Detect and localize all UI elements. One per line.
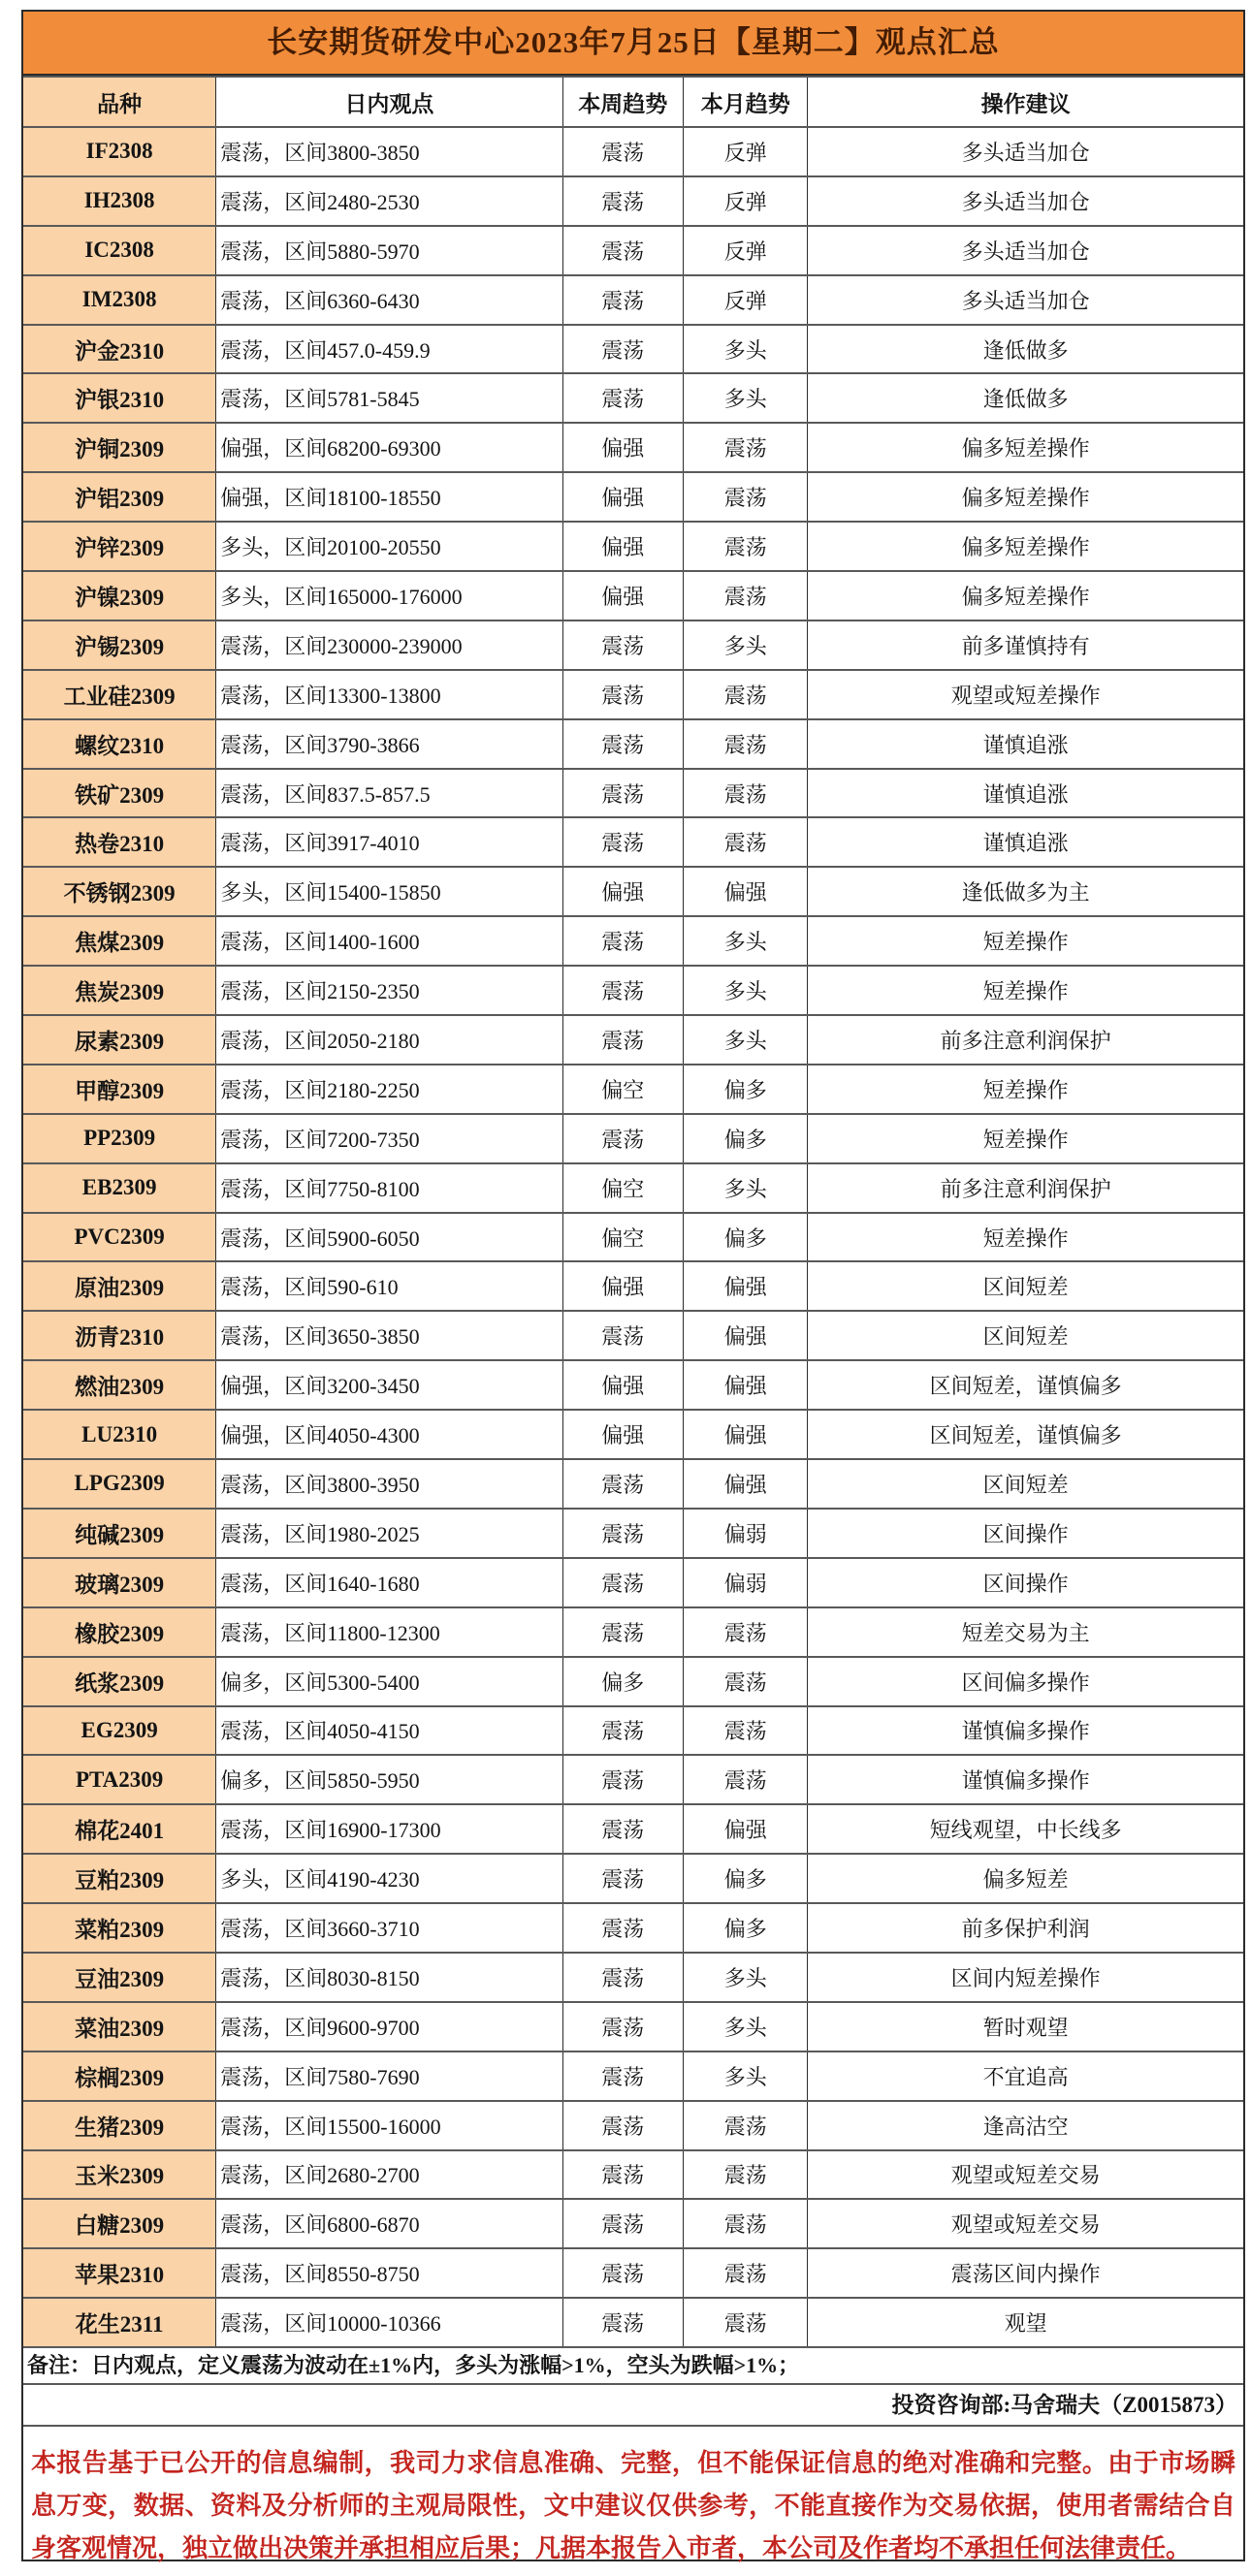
month-trend-cell: 震荡	[684, 1607, 808, 1657]
advice-cell: 谨慎追涨	[808, 719, 1243, 769]
week-trend-cell: 震荡	[562, 1804, 684, 1854]
intraday-view-cell: 震荡，区间4050-4150	[216, 1706, 562, 1756]
month-trend-cell: 震荡	[684, 2248, 808, 2298]
variety-cell: 尿素2309	[23, 1015, 216, 1065]
week-trend-cell: 偏强	[562, 571, 684, 620]
month-trend-cell: 震荡	[684, 670, 808, 719]
advice-cell: 区间短差	[808, 1459, 1243, 1509]
advice-cell: 观望或短差操作	[808, 670, 1243, 719]
table-row: 焦炭2309震荡，区间2150-2350震荡多头短差操作	[23, 966, 1243, 1015]
month-trend-cell: 多头	[684, 2051, 808, 2101]
week-trend-cell: 震荡	[562, 2298, 684, 2347]
table-row: 焦煤2309震荡，区间1400-1600震荡多头短差操作	[23, 916, 1243, 966]
week-trend-cell: 震荡	[562, 620, 684, 670]
advice-cell: 震荡区间内操作	[808, 2248, 1243, 2298]
month-trend-cell: 多头	[684, 1953, 808, 2002]
variety-cell: IM2308	[23, 275, 216, 325]
intraday-view-cell: 震荡，区间3917-4010	[216, 817, 562, 867]
intraday-view-cell: 偏强，区间3200-3450	[216, 1360, 562, 1410]
week-trend-cell: 震荡	[562, 176, 684, 226]
week-trend-cell: 偏强	[562, 1410, 684, 1459]
month-trend-cell: 多头	[684, 1163, 808, 1213]
month-trend-cell: 偏强	[684, 1261, 808, 1311]
variety-cell: 橡胶2309	[23, 1607, 216, 1657]
intraday-view-cell: 震荡，区间457.0-459.9	[216, 325, 562, 374]
week-trend-cell: 震荡	[562, 670, 684, 719]
month-trend-cell: 偏多	[684, 1854, 808, 1903]
advice-cell: 短差操作	[808, 916, 1243, 966]
note-text: 备注：日内观点，定义震荡为波动在±1%内，多头为涨幅>1%，空头为跌幅>1%；	[23, 2348, 1243, 2383]
week-trend-cell: 震荡	[562, 966, 684, 1015]
month-trend-cell: 偏多	[684, 1114, 808, 1163]
table-row: 花生2311震荡，区间10000-10366震荡震荡观望	[23, 2298, 1243, 2347]
week-trend-cell: 震荡	[562, 2248, 684, 2298]
table-row: 沪锡2309震荡，区间230000-239000震荡多头前多谨慎持有	[23, 620, 1243, 670]
col-header-month-trend: 本月趋势	[684, 77, 808, 127]
advice-cell: 多头适当加仓	[808, 176, 1243, 226]
variety-cell: IC2308	[23, 226, 216, 275]
table-row: 玻璃2309震荡，区间1640-1680震荡偏弱区间操作	[23, 1558, 1243, 1607]
week-trend-cell: 震荡	[562, 2101, 684, 2150]
table-row: 甲醇2309震荡，区间2180-2250偏空偏多短差操作	[23, 1065, 1243, 1114]
week-trend-cell: 偏空	[562, 1213, 684, 1262]
week-trend-cell: 震荡	[562, 2199, 684, 2248]
intraday-view-cell: 震荡，区间837.5-857.5	[216, 769, 562, 818]
intraday-view-cell: 震荡，区间8550-8750	[216, 2248, 562, 2298]
variety-cell: 沪锡2309	[23, 620, 216, 670]
intraday-view-cell: 多头，区间15400-15850	[216, 867, 562, 916]
intraday-view-cell: 震荡，区间13300-13800	[216, 670, 562, 719]
week-trend-cell: 偏多	[562, 1657, 684, 1706]
advice-cell: 谨慎追涨	[808, 769, 1243, 818]
week-trend-cell: 震荡	[562, 719, 684, 769]
table-row: 沪锌2309多头，区间20100-20550偏强震荡偏多短差操作	[23, 522, 1243, 571]
variety-cell: 热卷2310	[23, 817, 216, 867]
intraday-view-cell: 震荡，区间9600-9700	[216, 2002, 562, 2051]
month-trend-cell: 震荡	[684, 2150, 808, 2200]
intraday-view-cell: 震荡，区间2480-2530	[216, 176, 562, 226]
variety-cell: 螺纹2310	[23, 719, 216, 769]
advice-cell: 逢高沽空	[808, 2101, 1243, 2150]
table-row: 热卷2310震荡，区间3917-4010震荡震荡谨慎追涨	[23, 817, 1243, 867]
week-trend-cell: 震荡	[562, 2150, 684, 2200]
intraday-view-cell: 震荡，区间16900-17300	[216, 1804, 562, 1854]
intraday-view-cell: 震荡，区间15500-16000	[216, 2101, 562, 2150]
advice-cell: 谨慎追涨	[808, 817, 1243, 867]
week-trend-cell: 震荡	[562, 1903, 684, 1953]
month-trend-cell: 震荡	[684, 522, 808, 571]
week-trend-cell: 震荡	[562, 127, 684, 176]
advice-cell: 短差操作	[808, 966, 1243, 1015]
table-row: 沥青2310震荡，区间3650-3850震荡偏强区间短差	[23, 1311, 1243, 1360]
week-trend-cell: 震荡	[562, 1706, 684, 1756]
advice-cell: 区间操作	[808, 1558, 1243, 1607]
variety-cell: 沪银2310	[23, 373, 216, 423]
table-row: 铁矿2309震荡，区间837.5-857.5震荡震荡谨慎追涨	[23, 769, 1243, 818]
advice-cell: 短差交易为主	[808, 1607, 1243, 1657]
table-row: 玉米2309震荡，区间2680-2700震荡震荡观望或短差交易	[23, 2150, 1243, 2200]
week-trend-cell: 震荡	[562, 817, 684, 867]
week-trend-cell: 震荡	[562, 1854, 684, 1903]
variety-cell: LPG2309	[23, 1459, 216, 1509]
table-row: LU2310偏强，区间4050-4300偏强偏强区间短差，谨慎偏多	[23, 1410, 1243, 1459]
variety-cell: 玉米2309	[23, 2150, 216, 2200]
disclaimer-text: 本报告基于已公开的信息编制，我司力求信息准确、完整，但不能保证信息的绝对准确和完…	[31, 2442, 1235, 2570]
intraday-view-cell: 震荡，区间10000-10366	[216, 2298, 562, 2347]
variety-cell: LU2310	[23, 1410, 216, 1459]
month-trend-cell: 震荡	[684, 1657, 808, 1706]
month-trend-cell: 反弹	[684, 226, 808, 275]
month-trend-cell: 震荡	[684, 472, 808, 522]
month-trend-cell: 多头	[684, 620, 808, 670]
week-trend-cell: 震荡	[562, 916, 684, 966]
intraday-view-cell: 震荡，区间2180-2250	[216, 1065, 562, 1114]
table-row: 豆油2309震荡，区间8030-8150震荡多头区间内短差操作	[23, 1953, 1243, 2002]
col-header-intraday-view: 日内观点	[216, 77, 562, 127]
intraday-view-cell: 偏强，区间18100-18550	[216, 472, 562, 522]
table-row: EB2309震荡，区间7750-8100偏空多头前多注意利润保护	[23, 1163, 1243, 1213]
month-trend-cell: 震荡	[684, 2199, 808, 2248]
table-row: 菜油2309震荡，区间9600-9700震荡多头暂时观望	[23, 2002, 1243, 2051]
month-trend-cell: 多头	[684, 966, 808, 1015]
advice-cell: 不宜追高	[808, 2051, 1243, 2101]
week-trend-cell: 偏空	[562, 1065, 684, 1114]
month-trend-cell: 偏强	[684, 867, 808, 916]
variety-cell: 豆粕2309	[23, 1854, 216, 1903]
table-row: 沪铜2309偏强，区间68200-69300偏强震荡偏多短差操作	[23, 423, 1243, 472]
variety-cell: 沥青2310	[23, 1311, 216, 1360]
intraday-view-cell: 震荡，区间590-610	[216, 1261, 562, 1311]
variety-cell: 生猪2309	[23, 2101, 216, 2150]
month-trend-cell: 偏弱	[684, 1558, 808, 1607]
intraday-view-cell: 偏多，区间5850-5950	[216, 1755, 562, 1804]
advice-cell: 前多保护利润	[808, 1903, 1243, 1953]
month-trend-cell: 震荡	[684, 719, 808, 769]
advice-cell: 多头适当加仓	[808, 226, 1243, 275]
variety-cell: 白糖2309	[23, 2199, 216, 2248]
week-trend-cell: 震荡	[562, 325, 684, 374]
variety-cell: EB2309	[23, 1163, 216, 1213]
month-trend-cell: 偏强	[684, 1360, 808, 1410]
month-trend-cell: 震荡	[684, 423, 808, 472]
col-header-advice: 操作建议	[808, 77, 1243, 127]
variety-cell: 纯碱2309	[23, 1509, 216, 1558]
week-trend-cell: 偏强	[562, 472, 684, 522]
variety-cell: PTA2309	[23, 1755, 216, 1804]
intraday-view-cell: 震荡，区间2150-2350	[216, 966, 562, 1015]
month-trend-cell: 偏多	[684, 1903, 808, 1953]
month-trend-cell: 反弹	[684, 127, 808, 176]
variety-cell: 沪锌2309	[23, 522, 216, 571]
week-trend-cell: 偏强	[562, 522, 684, 571]
intraday-view-cell: 震荡，区间5781-5845	[216, 373, 562, 423]
advice-cell: 偏多短差操作	[808, 522, 1243, 571]
table-row: LPG2309震荡，区间3800-3950震荡偏强区间短差	[23, 1459, 1243, 1509]
table-row: IM2308震荡，区间6360-6430震荡反弹多头适当加仓	[23, 275, 1243, 325]
variety-cell: 甲醇2309	[23, 1065, 216, 1114]
table-row: IF2308震荡，区间3800-3850震荡反弹多头适当加仓	[23, 127, 1243, 176]
variety-cell: 沪铝2309	[23, 472, 216, 522]
table-row: 不锈钢2309多头，区间15400-15850偏强偏强逢低做多为主	[23, 867, 1243, 916]
intraday-view-cell: 震荡，区间7200-7350	[216, 1114, 562, 1163]
week-trend-cell: 震荡	[562, 226, 684, 275]
report-page: 长安期货研发中心2023年7月25日【星期二】观点汇总 品种 日内观点 本周趋势…	[0, 0, 1251, 2571]
advice-cell: 前多谨慎持有	[808, 620, 1243, 670]
table-row: 棕榈2309震荡，区间7580-7690震荡多头不宜追高	[23, 2051, 1243, 2101]
variety-cell: 沪镍2309	[23, 571, 216, 620]
month-trend-cell: 多头	[684, 1015, 808, 1065]
month-trend-cell: 震荡	[684, 769, 808, 818]
month-trend-cell: 震荡	[684, 817, 808, 867]
variety-cell: 焦炭2309	[23, 966, 216, 1015]
advice-cell: 多头适当加仓	[808, 275, 1243, 325]
week-trend-cell: 震荡	[562, 2002, 684, 2051]
table-row: 沪铝2309偏强，区间18100-18550偏强震荡偏多短差操作	[23, 472, 1243, 522]
month-trend-cell: 偏多	[684, 1213, 808, 1262]
table-row: IC2308震荡，区间5880-5970震荡反弹多头适当加仓	[23, 226, 1243, 275]
table-body: IF2308震荡，区间3800-3850震荡反弹多头适当加仓IH2308震荡，区…	[23, 127, 1243, 2347]
month-trend-cell: 偏多	[684, 1065, 808, 1114]
intraday-view-cell: 震荡，区间3800-3850	[216, 127, 562, 176]
advice-cell: 偏多短差	[808, 1854, 1243, 1903]
intraday-view-cell: 震荡，区间3650-3850	[216, 1311, 562, 1360]
variety-cell: 菜油2309	[23, 2002, 216, 2051]
advice-cell: 谨慎偏多操作	[808, 1755, 1243, 1804]
variety-cell: 豆油2309	[23, 1953, 216, 2002]
table-row: PVC2309震荡，区间5900-6050偏空偏多短差操作	[23, 1213, 1243, 1262]
intraday-view-cell: 震荡，区间1980-2025	[216, 1509, 562, 1558]
intraday-view-cell: 震荡，区间1400-1600	[216, 916, 562, 966]
table-row: 苹果2310震荡，区间8550-8750震荡震荡震荡区间内操作	[23, 2248, 1243, 2298]
variety-cell: PP2309	[23, 1114, 216, 1163]
month-trend-cell: 偏强	[684, 1804, 808, 1854]
advice-cell: 多头适当加仓	[808, 127, 1243, 176]
month-trend-cell: 偏弱	[684, 1509, 808, 1558]
advice-cell: 逢低做多	[808, 325, 1243, 374]
intraday-view-cell: 震荡，区间6360-6430	[216, 275, 562, 325]
week-trend-cell: 震荡	[562, 1015, 684, 1065]
intraday-view-cell: 偏多，区间5300-5400	[216, 1657, 562, 1706]
week-trend-cell: 震荡	[562, 1558, 684, 1607]
variety-cell: PVC2309	[23, 1213, 216, 1262]
table-row: 沪金2310震荡，区间457.0-459.9震荡多头逢低做多	[23, 325, 1243, 374]
advice-cell: 偏多短差操作	[808, 423, 1243, 472]
variety-cell: 沪金2310	[23, 325, 216, 374]
intraday-view-cell: 震荡，区间5900-6050	[216, 1213, 562, 1262]
intraday-view-cell: 震荡，区间11800-12300	[216, 1607, 562, 1657]
advisor-text: 投资咨询部:马舍瑞夫（Z0015873）	[23, 2383, 1243, 2425]
col-header-week-trend: 本周趋势	[562, 77, 684, 127]
week-trend-cell: 震荡	[562, 769, 684, 818]
table-row: 原油2309震荡，区间590-610偏强偏强区间短差	[23, 1261, 1243, 1311]
advice-cell: 短差操作	[808, 1213, 1243, 1262]
advice-cell: 前多注意利润保护	[808, 1163, 1243, 1213]
table-row: 燃油2309偏强，区间3200-3450偏强偏强区间短差，谨慎偏多	[23, 1360, 1243, 1410]
month-trend-cell: 震荡	[684, 2298, 808, 2347]
report-title: 长安期货研发中心2023年7月25日【星期二】观点汇总	[23, 12, 1243, 76]
variety-cell: 铁矿2309	[23, 769, 216, 818]
week-trend-cell: 震荡	[562, 1459, 684, 1509]
table-row: 橡胶2309震荡，区间11800-12300震荡震荡短差交易为主	[23, 1607, 1243, 1657]
table-row: 纯碱2309震荡，区间1980-2025震荡偏弱区间操作	[23, 1509, 1243, 1558]
variety-cell: IF2308	[23, 127, 216, 176]
week-trend-cell: 震荡	[562, 1953, 684, 2002]
variety-cell: 燃油2309	[23, 1360, 216, 1410]
variety-cell: 沪铜2309	[23, 423, 216, 472]
table-row: 白糖2309震荡，区间6800-6870震荡震荡观望或短差交易	[23, 2199, 1243, 2248]
advice-cell: 观望或短差交易	[808, 2150, 1243, 2200]
intraday-view-cell: 震荡，区间3790-3866	[216, 719, 562, 769]
intraday-view-cell: 震荡，区间5880-5970	[216, 226, 562, 275]
disclaimer-box: 本报告基于已公开的信息编制，我司力求信息准确、完整，但不能保证信息的绝对准确和完…	[23, 2425, 1243, 2576]
week-trend-cell: 震荡	[562, 275, 684, 325]
advice-cell: 区间短差	[808, 1261, 1243, 1311]
intraday-view-cell: 偏强，区间4050-4300	[216, 1410, 562, 1459]
advice-cell: 区间内短差操作	[808, 1953, 1243, 2002]
week-trend-cell: 偏空	[562, 1163, 684, 1213]
table-row: IH2308震荡，区间2480-2530震荡反弹多头适当加仓	[23, 176, 1243, 226]
variety-cell: 花生2311	[23, 2298, 216, 2347]
table-row: 工业硅2309震荡，区间13300-13800震荡震荡观望或短差操作	[23, 670, 1243, 719]
variety-cell: EG2309	[23, 1706, 216, 1756]
table-row: 沪镍2309多头，区间165000-176000偏强震荡偏多短差操作	[23, 571, 1243, 620]
table-row: 沪银2310震荡，区间5781-5845震荡多头逢低做多	[23, 373, 1243, 423]
week-trend-cell: 震荡	[562, 1114, 684, 1163]
table-row: EG2309震荡，区间4050-4150震荡震荡谨慎偏多操作	[23, 1706, 1243, 1756]
week-trend-cell: 震荡	[562, 1311, 684, 1360]
intraday-view-cell: 多头，区间20100-20550	[216, 522, 562, 571]
month-trend-cell: 反弹	[684, 176, 808, 226]
month-trend-cell: 偏强	[684, 1410, 808, 1459]
variety-cell: IH2308	[23, 176, 216, 226]
week-trend-cell: 偏强	[562, 1360, 684, 1410]
table-row: PP2309震荡，区间7200-7350震荡偏多短差操作	[23, 1114, 1243, 1163]
advice-cell: 逢低做多为主	[808, 867, 1243, 916]
table-row: 豆粕2309多头，区间4190-4230震荡偏多偏多短差	[23, 1854, 1243, 1903]
intraday-view-cell: 震荡，区间2050-2180	[216, 1015, 562, 1065]
table-row: 螺纹2310震荡，区间3790-3866震荡震荡谨慎追涨	[23, 719, 1243, 769]
week-trend-cell: 震荡	[562, 1607, 684, 1657]
advice-cell: 区间操作	[808, 1509, 1243, 1558]
advice-cell: 区间短差，谨慎偏多	[808, 1410, 1243, 1459]
advice-cell: 区间短差，谨慎偏多	[808, 1360, 1243, 1410]
table-row: PTA2309偏多，区间5850-5950震荡震荡谨慎偏多操作	[23, 1755, 1243, 1804]
advice-cell: 暂时观望	[808, 2002, 1243, 2051]
intraday-view-cell: 偏强，区间68200-69300	[216, 423, 562, 472]
advice-cell: 短线观望，中长线多	[808, 1804, 1243, 1854]
intraday-view-cell: 震荡，区间3800-3950	[216, 1459, 562, 1509]
variety-cell: 原油2309	[23, 1261, 216, 1311]
table-row: 生猪2309震荡，区间15500-16000震荡震荡逢高沽空	[23, 2101, 1243, 2150]
intraday-view-cell: 震荡，区间6800-6870	[216, 2199, 562, 2248]
month-trend-cell: 反弹	[684, 275, 808, 325]
month-trend-cell: 偏强	[684, 1311, 808, 1360]
advice-cell: 偏多短差操作	[808, 472, 1243, 522]
week-trend-cell: 偏强	[562, 1261, 684, 1311]
month-trend-cell: 多头	[684, 325, 808, 374]
advice-cell: 偏多短差操作	[808, 571, 1243, 620]
variety-cell: 不锈钢2309	[23, 867, 216, 916]
intraday-view-cell: 多头，区间4190-4230	[216, 1854, 562, 1903]
advice-cell: 区间短差	[808, 1311, 1243, 1360]
week-trend-cell: 偏强	[562, 867, 684, 916]
month-trend-cell: 多头	[684, 373, 808, 423]
month-trend-cell: 偏强	[684, 1459, 808, 1509]
month-trend-cell: 多头	[684, 2002, 808, 2051]
variety-cell: 菜粕2309	[23, 1903, 216, 1953]
table-row: 纸浆2309偏多，区间5300-5400偏多震荡区间偏多操作	[23, 1657, 1243, 1706]
table-row: 菜粕2309震荡，区间3660-3710震荡偏多前多保护利润	[23, 1903, 1243, 1953]
week-trend-cell: 震荡	[562, 2051, 684, 2101]
variety-cell: 纸浆2309	[23, 1657, 216, 1706]
variety-cell: 棕榈2309	[23, 2051, 216, 2101]
week-trend-cell: 偏强	[562, 423, 684, 472]
intraday-view-cell: 震荡，区间3660-3710	[216, 1903, 562, 1953]
month-trend-cell: 震荡	[684, 1706, 808, 1756]
report-frame: 长安期货研发中心2023年7月25日【星期二】观点汇总 品种 日内观点 本周趋势…	[21, 10, 1245, 2561]
variety-cell: 苹果2310	[23, 2248, 216, 2298]
intraday-view-cell: 震荡，区间7750-8100	[216, 1163, 562, 1213]
opinion-summary-table: 品种 日内观点 本周趋势 本月趋势 操作建议 IF2308震荡，区间3800-3…	[23, 76, 1243, 2348]
advice-cell: 区间偏多操作	[808, 1657, 1243, 1706]
table-row: 尿素2309震荡，区间2050-2180震荡多头前多注意利润保护	[23, 1015, 1243, 1065]
advice-cell: 短差操作	[808, 1065, 1243, 1114]
variety-cell: 玻璃2309	[23, 1558, 216, 1607]
advice-cell: 谨慎偏多操作	[808, 1706, 1243, 1756]
intraday-view-cell: 震荡，区间2680-2700	[216, 2150, 562, 2200]
advice-cell: 观望或短差交易	[808, 2199, 1243, 2248]
variety-cell: 焦煤2309	[23, 916, 216, 966]
col-header-variety: 品种	[23, 77, 216, 127]
month-trend-cell: 震荡	[684, 1755, 808, 1804]
variety-cell: 棉花2401	[23, 1804, 216, 1854]
advice-cell: 短差操作	[808, 1114, 1243, 1163]
month-trend-cell: 震荡	[684, 571, 808, 620]
week-trend-cell: 震荡	[562, 1509, 684, 1558]
intraday-view-cell: 震荡，区间7580-7690	[216, 2051, 562, 2101]
advice-cell: 前多注意利润保护	[808, 1015, 1243, 1065]
intraday-view-cell: 震荡，区间230000-239000	[216, 620, 562, 670]
intraday-view-cell: 震荡，区间1640-1680	[216, 1558, 562, 1607]
intraday-view-cell: 震荡，区间8030-8150	[216, 1953, 562, 2002]
week-trend-cell: 震荡	[562, 373, 684, 423]
month-trend-cell: 多头	[684, 916, 808, 966]
advice-cell: 观望	[808, 2298, 1243, 2347]
week-trend-cell: 震荡	[562, 1755, 684, 1804]
variety-cell: 工业硅2309	[23, 670, 216, 719]
header-row: 品种 日内观点 本周趋势 本月趋势 操作建议	[23, 77, 1243, 127]
month-trend-cell: 震荡	[684, 2101, 808, 2150]
advice-cell: 逢低做多	[808, 373, 1243, 423]
table-row: 棉花2401震荡，区间16900-17300震荡偏强短线观望，中长线多	[23, 1804, 1243, 1854]
intraday-view-cell: 多头，区间165000-176000	[216, 571, 562, 620]
